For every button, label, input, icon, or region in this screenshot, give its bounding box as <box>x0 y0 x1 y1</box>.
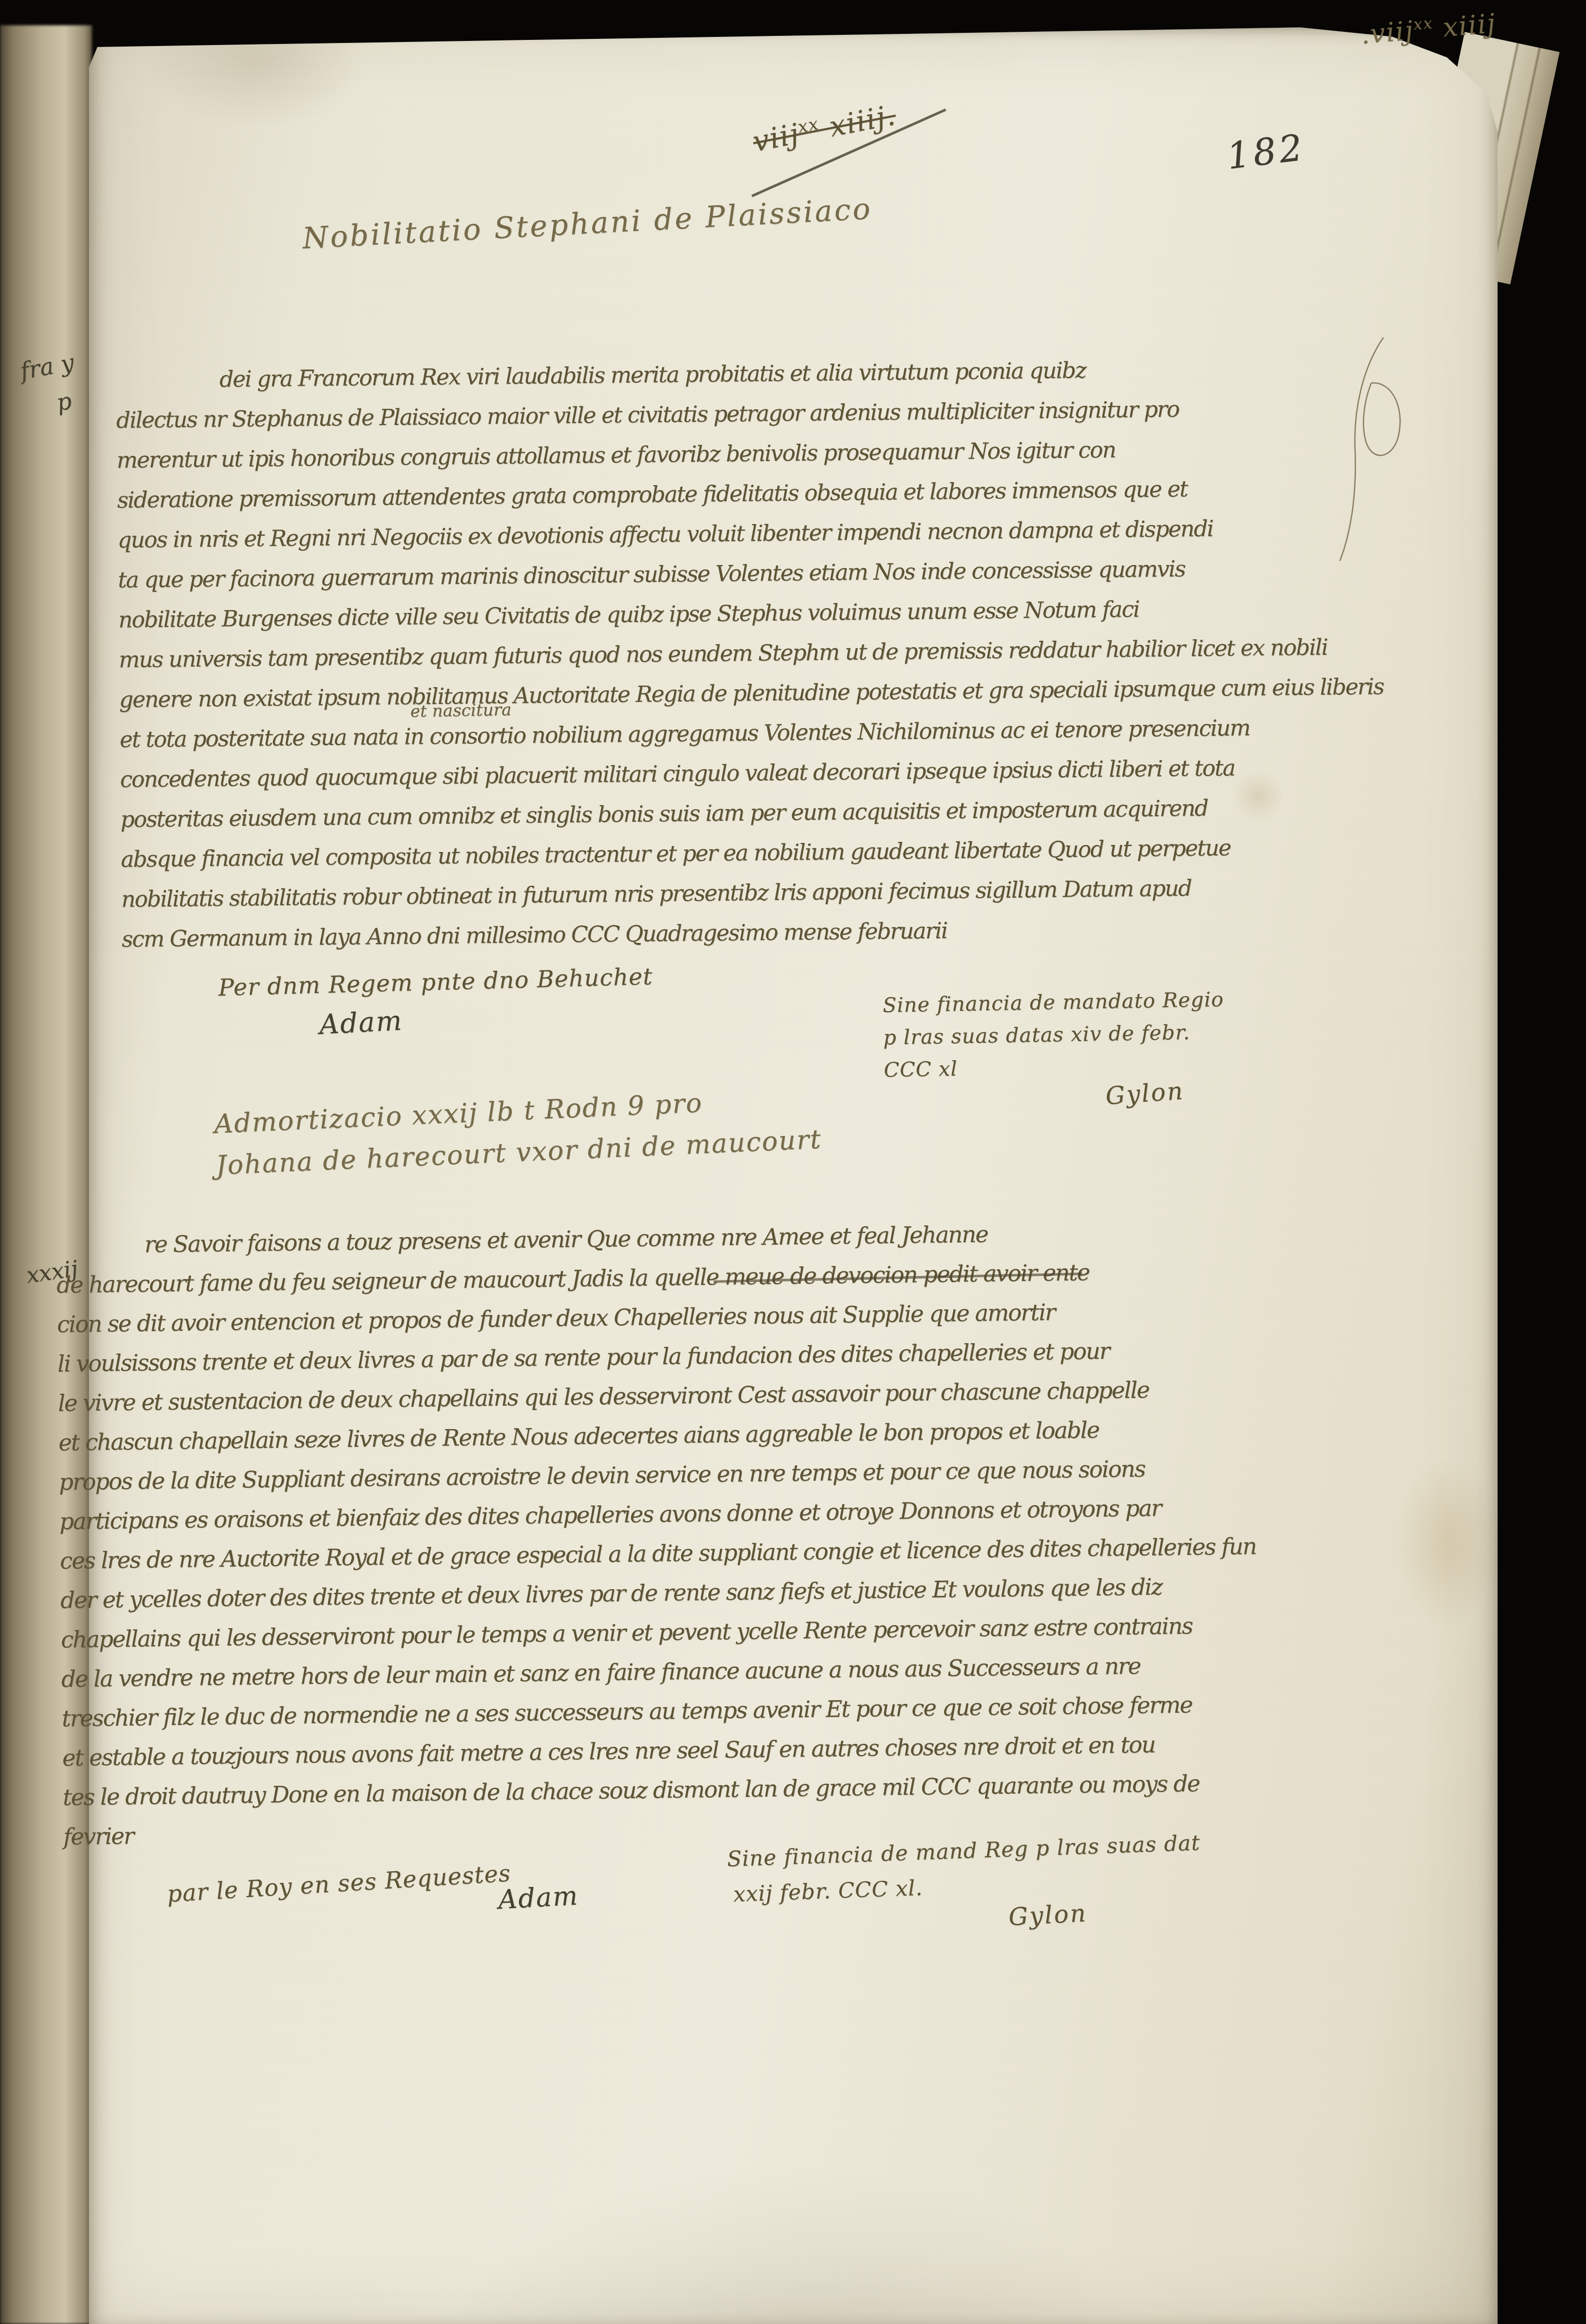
entry2-text-block: re Savoir faisons a touz presens et aven… <box>56 1210 1402 1857</box>
entry2-chancery-signature: Gylon <box>1008 1899 1088 1931</box>
entry1-text-block: dei gra Francorum Rex viri laudabilis me… <box>116 347 1435 959</box>
entry2-clerk-signature: Adam <box>498 1881 580 1915</box>
entry1-chancery-signature: Gylon <box>1104 1077 1185 1111</box>
chancery-note-line: p lras suas datas xiv de febr. <box>883 1016 1224 1054</box>
manuscript-photo: .viijxx xiiij viijxx xiiij. 182 Nobilita… <box>0 0 1586 2324</box>
folio-corner-rest: xiiij <box>1441 8 1497 43</box>
folio-corner-superscript: xx <box>1413 14 1434 34</box>
entry1-chancery-note: Sine financia de mandato Regiop lras sua… <box>882 983 1225 1086</box>
folio-corner-base: .viij <box>1360 16 1415 51</box>
chancery-note-line: Sine financia de mandato Regio <box>882 983 1224 1022</box>
entry1-clerk-signature: Adam <box>318 1005 403 1041</box>
entry1-interlinear-addition: et nascitura <box>410 699 512 721</box>
folio-cancelled-superscript: xx <box>796 114 821 137</box>
